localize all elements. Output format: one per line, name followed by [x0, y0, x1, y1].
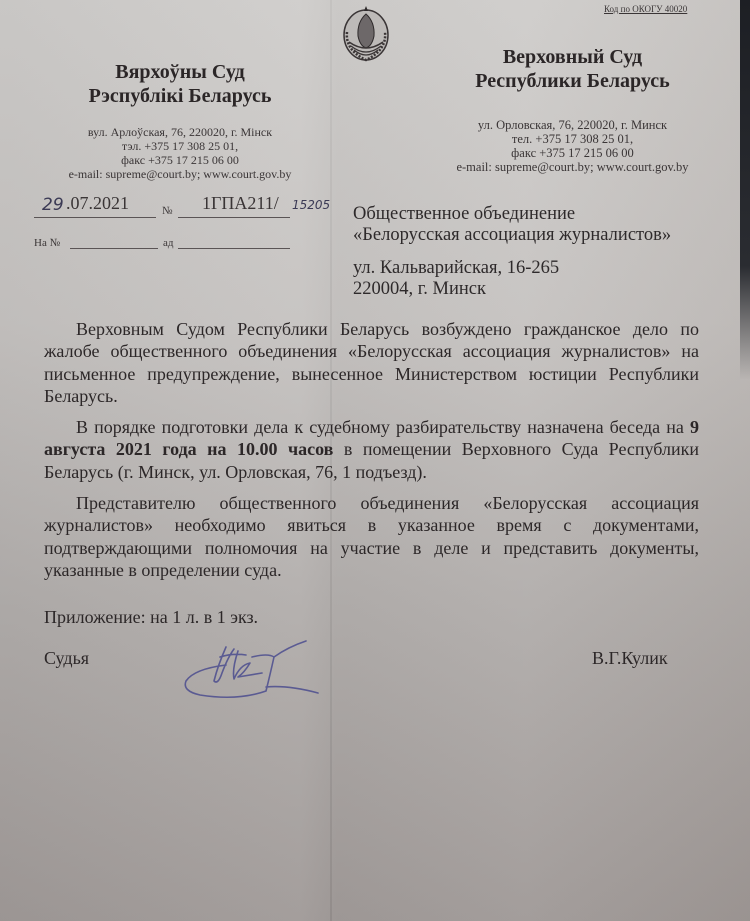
- letterhead-russian: Верховный Суд Республики Беларусь ул. Ор…: [405, 45, 740, 174]
- recipient-address-city: 220004, г. Минск: [353, 279, 671, 300]
- recipient-line2: «Белорусская ассоциация журналистов»: [353, 225, 671, 246]
- court-name-by-line2: Рэспублікі Беларусь: [30, 84, 330, 108]
- court-name-by-line1: Вярхоўны Суд: [30, 60, 330, 84]
- background-edge: [740, 0, 750, 380]
- phone-ru: тел. +375 17 308 25 01,: [405, 132, 740, 146]
- court-name-ru-line1: Верховный Суд: [405, 45, 740, 69]
- recipient-address-street: ул. Кальварийская, 16-265: [353, 258, 671, 279]
- phone-by: тэл. +375 17 308 25 01,: [30, 139, 330, 153]
- judge-name: В.Г.Кулик: [592, 648, 668, 669]
- number-printed: 1ГПА211/: [202, 193, 279, 214]
- paragraph-representative-instructions: Представителю общественного объединения …: [44, 492, 699, 581]
- court-name-ru-line2: Республики Беларусь: [405, 69, 740, 93]
- annex-note: Приложение: на 1 л. в 1 экз.: [44, 607, 258, 628]
- date-printed: .07.2021: [66, 193, 129, 214]
- email-web-ru: e-mail: supreme@court.by; www.court.gov.…: [405, 160, 740, 174]
- contacts-ru: ул. Орловская, 76, 220020, г. Минск тел.…: [405, 118, 740, 174]
- email-web-by: e-mail: supreme@court.by; www.court.gov.…: [30, 167, 330, 181]
- address-ru: ул. Орловская, 76, 220020, г. Минск: [405, 118, 740, 132]
- paragraph-case-opened: Верховным Судом Республики Беларусь возб…: [44, 318, 699, 407]
- letter-body: Верховным Судом Республики Беларусь возб…: [44, 318, 699, 590]
- number-sign: №: [162, 205, 173, 217]
- letterhead-belarusian: Вярхоўны Суд Рэспублікі Беларусь вул. Ар…: [30, 60, 330, 181]
- recipient-block: Общественное объединение «Белорусская ас…: [353, 204, 671, 300]
- reference-date-field: [178, 226, 290, 249]
- number-handwritten: 15205: [292, 198, 330, 212]
- okogu-code: Код по ОКОГУ 40020: [604, 4, 687, 14]
- judge-role: Судья: [44, 648, 89, 669]
- fax-ru: факс +375 17 215 06 00: [405, 146, 740, 160]
- recipient-line1: Общественное объединение: [353, 204, 671, 225]
- reference-number-field: [70, 226, 158, 249]
- reference-from-label: ад: [163, 237, 173, 249]
- fax-by: факс +375 17 215 06 00: [30, 153, 330, 167]
- contacts-by: вул. Арлоўская, 76, 220020, г. Мінск тэл…: [30, 125, 330, 181]
- date-day-handwritten: 29: [42, 195, 64, 215]
- handwritten-signature-icon: [178, 635, 328, 705]
- state-emblem-icon: [335, 2, 397, 64]
- paragraph-hearing-scheduled: В порядке подготовки дела к судебному ра…: [44, 416, 699, 483]
- reference-number-label: На №: [34, 237, 60, 249]
- hearing-text-start: В порядке подготовки дела к судебному ра…: [76, 417, 690, 437]
- address-by: вул. Арлоўская, 76, 220020, г. Мінск: [30, 125, 330, 139]
